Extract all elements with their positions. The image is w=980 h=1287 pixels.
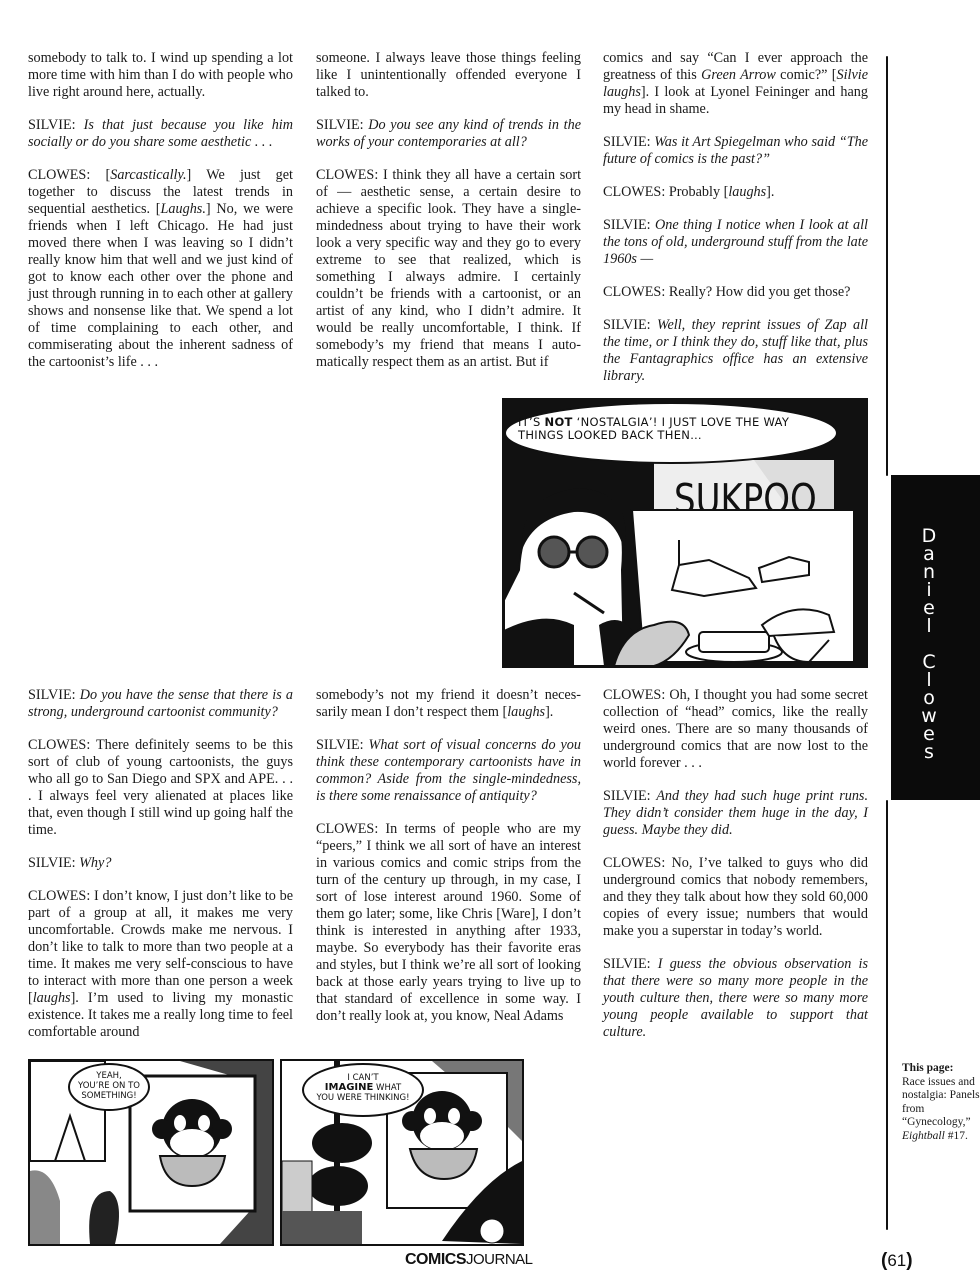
paren: ): [906, 1250, 912, 1271]
interview-answer: CLOWES: Probably [laughs].: [603, 184, 868, 201]
author-name: Daniel Clowes: [917, 527, 941, 761]
interview-answer: CLOWES: Really? How did you get those?: [603, 284, 868, 301]
interview-question: SILVIE: And they had such huge print run…: [603, 788, 868, 839]
caption-text: Race issues and nostalgia: Panels from “…: [902, 1076, 980, 1129]
speech-bubble: YEAH, YOU’RE ON TO SOMETHING!: [68, 1063, 150, 1111]
interview-answer: CLOWES: I think they all have a certain …: [316, 167, 581, 371]
interview-question: SILVIE: Why?: [28, 855, 293, 872]
column-bottom-middle: somebody’s not my friend it doesn’t nece…: [316, 687, 581, 1025]
column-top-left: somebody to talk to. I wind up spending …: [28, 50, 293, 371]
bubble-text-bold: NOT: [545, 415, 573, 429]
comics-journal-logo: COMICSJOURNAL: [405, 1251, 533, 1269]
speaker-label: SILVIE:: [603, 788, 656, 804]
interview-question: SILVIE: I guess the obvious observation …: [603, 956, 868, 1041]
speaker-label: CLOWES:: [603, 687, 669, 703]
logo-part: JOURNAL: [466, 1251, 533, 1268]
speaker-label: SILVIE:: [28, 687, 80, 703]
interview-question: SILVIE: Do you see any kind of trends in…: [316, 117, 581, 151]
column-top-middle: someone. I always leave those things fee…: [316, 50, 581, 371]
bubble-text: SOMETHING!: [70, 1091, 148, 1101]
speech-bubble: IT’S NOT ‘NOSTALGIA’! I JUST LOVE THE WA…: [504, 402, 838, 464]
interview-question: SILVIE: Was it Art Spiegelman who said “…: [603, 134, 868, 168]
interview-answer: CLOWES: There definitely seems to be thi…: [28, 737, 293, 839]
speaker-label: SILVIE:: [603, 217, 655, 233]
bubble-text: IT’S: [518, 415, 545, 429]
caption-text: #17.: [945, 1130, 968, 1142]
interview-answer: CLOWES: [Sarcastically.] We just get tog…: [28, 167, 293, 371]
column-bottom-right: CLOWES: Oh, I thought you had some secre…: [603, 687, 868, 1041]
image-caption: This page: Race issues and nostalgia: Pa…: [902, 1062, 980, 1143]
speaker-label: CLOWES:: [603, 284, 669, 300]
speaker-label: SILVIE:: [603, 134, 654, 150]
page-number-value: 61: [887, 1251, 906, 1270]
speech-bubble: I CAN’T IMAGINE WHAT YOU WERE THINKING!: [302, 1063, 424, 1117]
speaker-label: CLOWES:: [603, 184, 669, 200]
vertical-rule: [886, 800, 888, 1230]
interview-question: SILVIE: Is that just because you like hi…: [28, 117, 293, 151]
speaker-label: CLOWES:: [28, 888, 94, 904]
comic-panel-yeah: YEAH, YOU’RE ON TO SOMETHING!: [28, 1059, 274, 1246]
speaker-label: CLOWES:: [28, 167, 105, 183]
interview-question: SILVIE: Do you have the sense that there…: [28, 687, 293, 721]
comic-panel-imagine: I CAN’T IMAGINE WHAT YOU WERE THINKING!: [280, 1059, 524, 1246]
speaker-label: CLOWES:: [28, 737, 96, 753]
interview-question: SILVIE: What sort of visual concerns do …: [316, 737, 581, 805]
speaker-label: SILVIE:: [316, 737, 369, 753]
speaker-label: CLOWES:: [316, 821, 385, 837]
interview-answer: CLOWES: In terms of people who are my “p…: [316, 821, 581, 1025]
caption-publication: Eightball: [902, 1130, 945, 1142]
interview-answer: comics and say “Can I ever approach the …: [603, 50, 868, 118]
interview-answer: CLOWES: No, I’ve talked to guys who did …: [603, 855, 868, 940]
author-name-tab: Daniel Clowes: [891, 475, 980, 800]
interview-question: SILVIE: One thing I notice when I look a…: [603, 217, 868, 268]
bubble-text-bold: IMAGINE: [325, 1082, 374, 1093]
speaker-label: CLOWES:: [603, 855, 672, 871]
speaker-label: SILVIE:: [603, 956, 658, 972]
interview-answer: somebody to talk to. I wind up spending …: [28, 50, 293, 101]
logo-part: COMICS: [405, 1251, 466, 1268]
interview-answer: somebody’s not my friend it doesn’t nece…: [316, 687, 581, 721]
interview-answer: CLOWES: I don’t know, I just don’t like …: [28, 888, 293, 1041]
bubble-text: WHAT: [373, 1083, 401, 1093]
column-bottom-left: SILVIE: Do you have the sense that there…: [28, 687, 293, 1041]
comic-panel-nostalgia: SUKPOO IT’S NOT ‘NOSTALGIA’! I JUST LOVE…: [502, 398, 868, 668]
interview-answer: CLOWES: Oh, I thought you had some secre…: [603, 687, 868, 772]
speaker-label: SILVIE:: [603, 317, 657, 333]
speaker-label: CLOWES:: [316, 167, 383, 183]
interview-answer: someone. I always leave those things fee…: [316, 50, 581, 101]
bubble-text: YOU’RE ON TO: [70, 1081, 148, 1091]
interview-question: SILVIE: Well, they reprint issues of Zap…: [603, 317, 868, 385]
speaker-label: SILVIE:: [28, 117, 84, 133]
comic-illustration: [30, 1061, 272, 1244]
page-number: (61): [881, 1250, 913, 1272]
bubble-text: YOU WERE THINKING!: [304, 1093, 422, 1103]
speaker-label: SILVIE:: [28, 855, 79, 871]
column-top-right: comics and say “Can I ever approach the …: [603, 50, 868, 385]
vertical-rule: [886, 56, 888, 476]
caption-title: This page:: [902, 1062, 980, 1076]
speaker-label: SILVIE:: [316, 117, 368, 133]
bubble-text: YEAH,: [70, 1071, 148, 1081]
